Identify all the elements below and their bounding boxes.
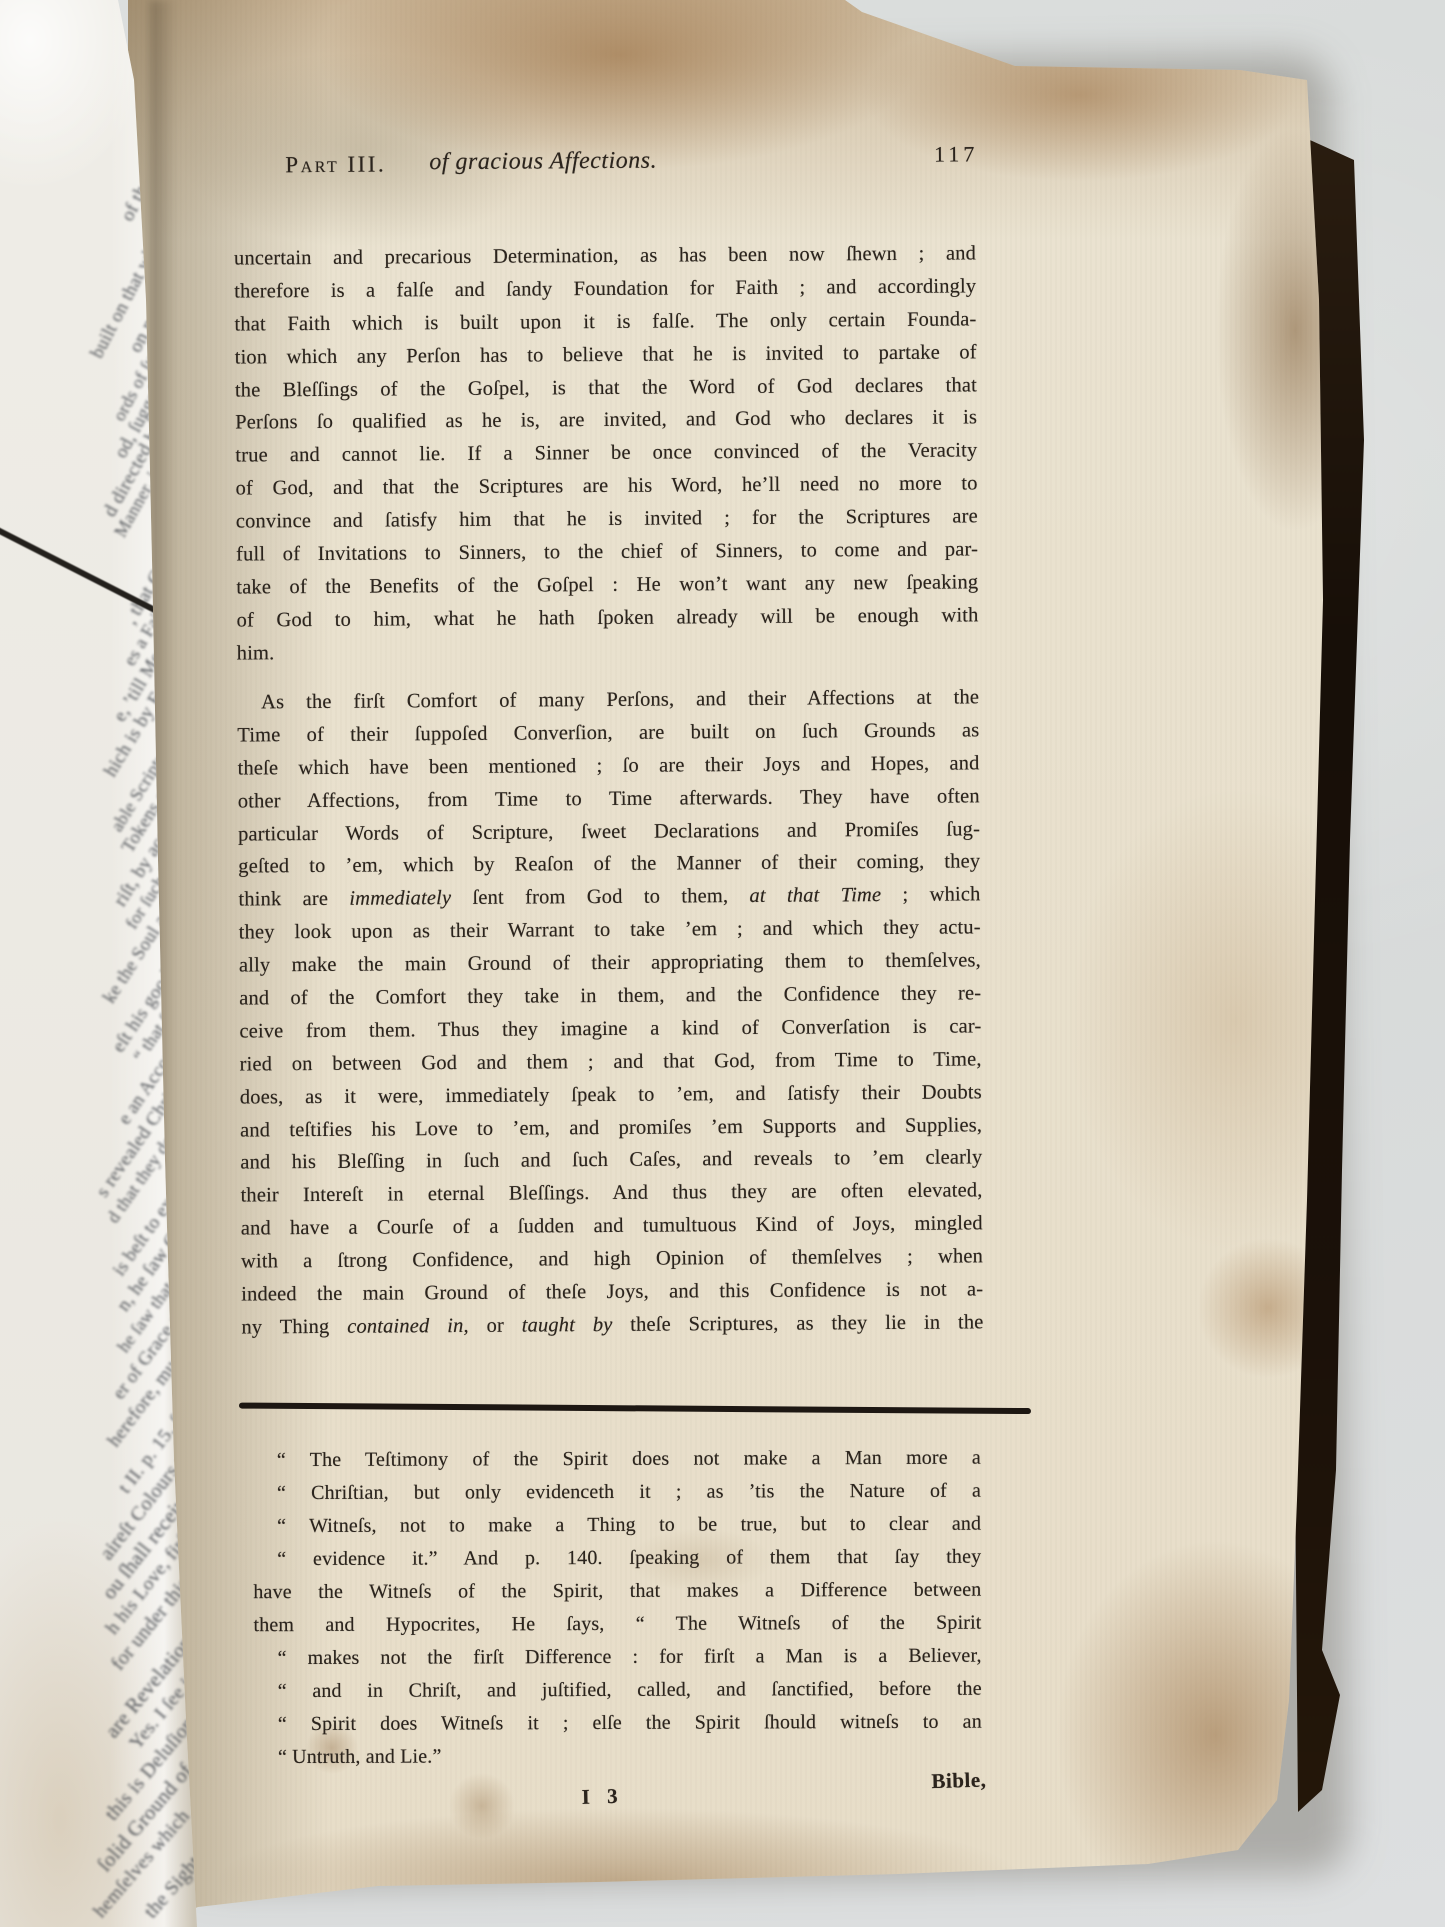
body-paragraph: uncertain and precarious Determination, …: [234, 237, 979, 670]
text-line: their Intereſt in eternal Bleſſings. And…: [240, 1175, 982, 1213]
text-line: “ and in Chriſt, and juſtified, called, …: [254, 1673, 982, 1709]
header-running-title: of gracious Affections.: [429, 148, 657, 177]
signature-row: I 3 Bible,: [244, 1774, 987, 1829]
text-line: him.: [237, 632, 979, 670]
text-line: with a ſtrong Confidence, and high Opini…: [241, 1240, 983, 1278]
text-line: they look upon as their Warrant to take …: [239, 912, 981, 950]
printed-text-layer: Part III. of gracious Affections. 117 un…: [0, 0, 1445, 1927]
body-paragraph: As the firſt Comfort of many Perſons, an…: [237, 681, 984, 1344]
text-line: full of Invitations to Sinners, to the c…: [236, 533, 978, 571]
text-line: “ Witneſs, not to make a Thing to be tru…: [253, 1508, 981, 1544]
left-page-footnote-rule: [0, 518, 160, 614]
text-line: ried on between God and them ; and that …: [240, 1043, 982, 1081]
text-line: therefore is a falſe and ſandy Foundatio…: [234, 270, 976, 308]
text-line: Time of their ſuppoſed Converſion, are b…: [237, 714, 979, 752]
text-line: geſted to ’em, which by Reaſon of the Ma…: [238, 846, 980, 884]
footnote: “ The Teſtimony of the Spirit does not m…: [253, 1442, 982, 1775]
text-line: “ The Teſtimony of the Spirit does not m…: [253, 1442, 981, 1478]
book-photograph: Part III. of gracious Affections. 117 un…: [0, 0, 1445, 1927]
page-header: Part III. of gracious Affections. 117: [233, 145, 978, 192]
text-line: take of the Benefits of the Goſpel : He …: [236, 566, 978, 604]
text-line: “ Chriſtian, but only evidenceth it ; as…: [253, 1475, 981, 1511]
text-line: tion which any Perſon has to believe tha…: [235, 336, 977, 374]
catchword: Bible,: [931, 1768, 987, 1795]
text-line: and have a Courſe of a ſudden and tumult…: [241, 1208, 983, 1246]
text-line: Perſons ſo qualified as he is, are invit…: [235, 402, 977, 440]
right-page: Part III. of gracious Affections. 117 un…: [0, 0, 1445, 1927]
text-line: “ Spirit does Witneſs it ; elſe the Spir…: [254, 1706, 982, 1742]
text-line: As the firſt Comfort of many Perſons, an…: [237, 681, 979, 719]
footnote-rule: [239, 1403, 1031, 1415]
text-line: particular Words of Scripture, ſweet Dec…: [238, 813, 980, 851]
text-line: that Faith which is built upon it is fal…: [234, 303, 976, 341]
text-line: the Bleſſings of the Goſpel, is that the…: [235, 369, 977, 407]
text-line: and his Bleſſing in ſuch and ſuch Caſes,…: [240, 1142, 982, 1180]
text-line: of God, and that the Scriptures are his …: [235, 468, 977, 506]
text-line: theſe which have been mentioned ; ſo are…: [237, 747, 979, 785]
text-line: “ makes not the firſt Difference : for f…: [254, 1640, 982, 1676]
text-line: indeed the main Ground of theſe Joys, an…: [241, 1273, 983, 1311]
text-line: uncertain and precarious Determination, …: [234, 237, 976, 275]
text-line: have the Witneſs of the Spirit, that mak…: [253, 1574, 981, 1610]
text-line: other Affections, from Time to Time afte…: [238, 780, 980, 818]
text-line: ny Thing contained in, or taught by theſ…: [241, 1306, 983, 1344]
text-line: ceive from them. Thus they imagine a kin…: [239, 1010, 981, 1048]
text-line: “ evidence it.” And p. 140. ſpeaking of …: [253, 1541, 981, 1577]
text-line: ally make the main Ground of their appro…: [239, 944, 981, 982]
header-part-label: Part III.: [285, 151, 386, 178]
text-line: “ Untruth, and Lie.”: [254, 1739, 982, 1775]
text-line: and teſtifies his Love to ’em, and promi…: [240, 1109, 982, 1147]
text-line: and of the Comfort they take in them, an…: [239, 977, 981, 1015]
text-line: them and Hypocrites, He ſays, “ The Witn…: [253, 1607, 981, 1643]
footnote-lines: “ The Teſtimony of the Spirit does not m…: [253, 1442, 982, 1775]
text-line: convince and ſatisfy him that he is invi…: [236, 500, 978, 538]
text-line: think are immediately ſent from God to t…: [238, 879, 980, 917]
signature-mark: I 3: [581, 1784, 624, 1810]
text-line: of God to him, what he hath ſpoken alrea…: [236, 599, 978, 637]
header-page-number: 117: [934, 141, 978, 167]
text-line: does, as it were, immediately ſpeak to ’…: [240, 1076, 982, 1114]
text-line: true and cannot lie. If a Sinner be once…: [235, 435, 977, 473]
